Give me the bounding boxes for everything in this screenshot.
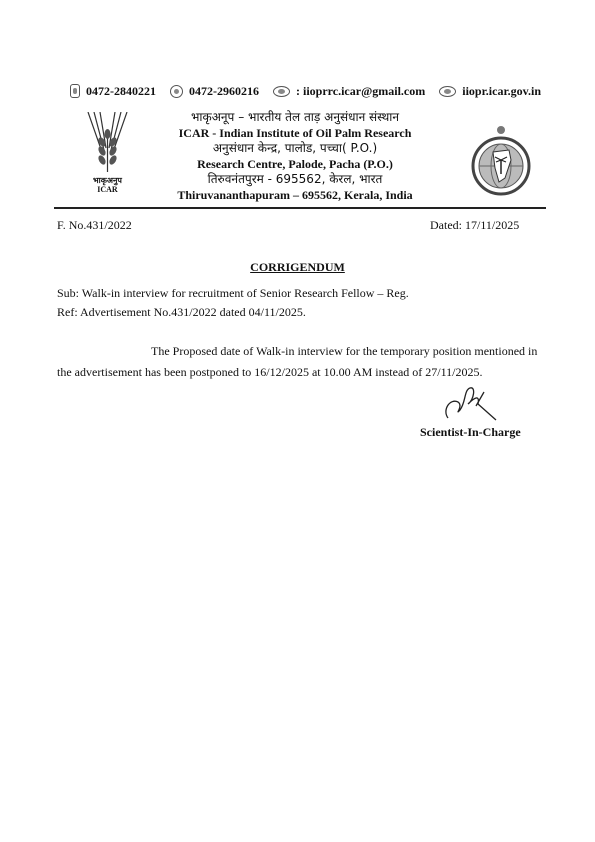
icar-logo: भाकृअनुप ICAR <box>80 112 135 202</box>
institute-address: भाकृअनूप – भारतीय तेल ताड़ अनुसंधान संस्… <box>160 110 430 203</box>
title-text: CORRIGENDUM <box>250 260 345 274</box>
iiopr-logo <box>465 120 537 200</box>
institute-name-hindi: भाकृअनूप – भारतीय तेल ताड़ अनुसंधान संस्… <box>160 110 430 126</box>
icar-logo-english: ICAR <box>80 185 135 194</box>
centre-hindi: अनुसंधान केन्द्र, पालोड, पच्चा( P.O.) <box>160 141 430 157</box>
reference-line: Ref: Advertisement No.431/2022 dated 04/… <box>57 305 306 320</box>
signatory-designation: Scientist-In-Charge <box>420 425 521 440</box>
fax-icon <box>170 85 183 98</box>
website-text[interactable]: iiopr.icar.gov.in <box>462 84 541 99</box>
header-divider <box>54 207 546 209</box>
contact-website: iiopr.icar.gov.in <box>439 84 541 99</box>
contact-bar: 0472-2840221 0472-2960216 : iioprrc.icar… <box>70 82 540 100</box>
email-icon <box>273 86 290 97</box>
subject-line: Sub: Walk-in interview for recruitment o… <box>57 286 409 301</box>
city-hindi: तिरुवनंतपुरम - 695562, केरल, भारत <box>160 172 430 188</box>
phone-2-text: 0472-2960216 <box>189 84 259 99</box>
centre-english: Research Centre, Palode, Pacha (P.O.) <box>160 157 430 173</box>
document-date: Dated: 17/11/2025 <box>430 218 519 233</box>
city-english: Thiruvananthapuram – 695562, Kerala, Ind… <box>160 188 430 204</box>
document-title: CORRIGENDUM <box>0 260 595 275</box>
contact-phone-1: 0472-2840221 <box>70 84 156 99</box>
signature-icon <box>440 380 500 425</box>
phone-1-text: 0472-2840221 <box>86 84 156 99</box>
letterhead: भाकृअनुप ICAR भाकृअनूप – भारतीय तेल ताड़… <box>70 110 545 205</box>
paragraph-line-1: The Proposed date of Walk-in interview f… <box>57 341 545 362</box>
file-number: F. No.431/2022 <box>57 218 132 233</box>
contact-email: : iioprrc.icar@gmail.com <box>273 84 425 99</box>
globe-icon <box>439 86 456 97</box>
icar-logo-hindi: भाकृअनुप <box>80 176 135 185</box>
body-paragraph: The Proposed date of Walk-in interview f… <box>57 341 545 383</box>
institute-name-english: ICAR - Indian Institute of Oil Palm Rese… <box>160 126 430 142</box>
email-text[interactable]: : iioprrc.icar@gmail.com <box>296 84 425 99</box>
phone-icon <box>70 84 80 98</box>
contact-phone-2: 0472-2960216 <box>170 84 259 99</box>
wheat-icon <box>80 112 135 174</box>
signature <box>440 380 500 425</box>
icar-logo-label: भाकृअनुप ICAR <box>80 176 135 194</box>
globe-palm-icon <box>465 120 537 200</box>
